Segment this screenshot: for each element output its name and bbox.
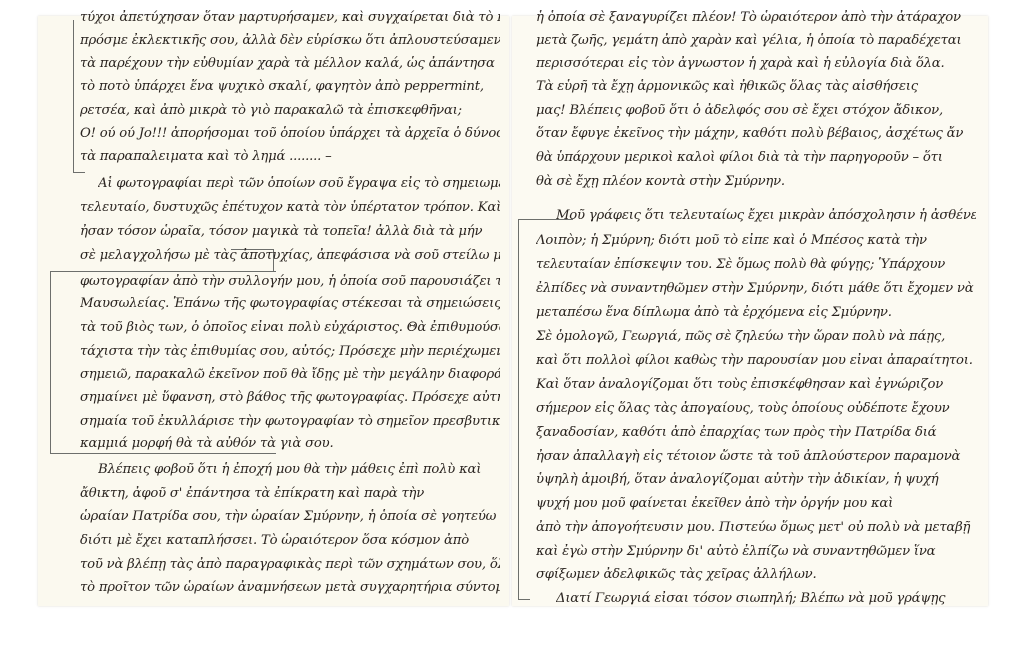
handwritten-line: φωτογραφίαν ἀπὸ τὴν συλλογήν μου, ἡ ὁποί… bbox=[80, 274, 500, 289]
handwritten-line: σημειῶ, παρακαλῶ ἐκεῖνον ποῦ θὰ ἴδῃς μὲ … bbox=[80, 367, 500, 382]
handwritten-line: τὸ προῖτον τῶν ὡραίων ἀναμνήσεων μετὰ συ… bbox=[80, 580, 500, 595]
handwritten-line: σὲ μελαγχολήσω μὲ τὰς ἀποτυχίας, ἀπεφάσι… bbox=[80, 248, 500, 263]
handwritten-line: μεταπέσω ἕνα δίπλωμα ἀπὸ τὰ ἐρχόμενα εἰς… bbox=[536, 305, 976, 320]
handwritten-line: τὰ τοῦ βιὸς των, ὁ ὁποῖος εἶναι πολὺ εὐχ… bbox=[80, 320, 500, 335]
left-page: τύχοι ἀπετύχησαν ὅταν μαρτυρήσαμεν, καὶ … bbox=[38, 16, 509, 606]
handwritten-line: ἦσαν ἀπαλλαγὴ εἰς τέτοιον ὥστε τὰ τοῦ ἀπ… bbox=[536, 449, 976, 464]
handwritten-line: τὰ παραπαλειματα καὶ τὸ λημά ........ – bbox=[80, 149, 500, 164]
handwritten-line: σημαίνει μὲ ὕφανση, στὸ βάθος τῆς φωτογρ… bbox=[80, 390, 500, 405]
handwritten-line: ρετσέα, καὶ ἀπὸ μικρὰ τὸ γιὸ παρακαλῶ τὰ… bbox=[80, 103, 500, 118]
handwritten-line: μας! Βλέπεις φοβοῦ ὅτι ὁ ἀδελφός σου σὲ … bbox=[536, 103, 976, 118]
handwritten-line: Λοιπὸν; ἡ Σμύρνη; διότι μοῦ τὸ εἶπε καὶ … bbox=[536, 233, 976, 248]
handwritten-line: θὰ ὑπάρχουν μερικοὶ καλοὶ φίλοι διὰ τὰ τ… bbox=[536, 150, 976, 165]
handwritten-line: θὰ σὲ ἔχῃ πλέον κοντὰ στὴν Σμύρνην. bbox=[536, 174, 976, 189]
handwritten-line: Ο! ού ού Jo!!! ἀπορήσομαι τοῦ ὁποίου ὑπά… bbox=[80, 126, 500, 141]
handwritten-line: ἐλπίδες νὰ συναντηθῶμεν στὴν Σμύρνην, δι… bbox=[536, 281, 976, 296]
handwritten-line: τὰ παρέχουν τὴν εὐθυμίαν χαρὰ τὰ μέλλον … bbox=[80, 56, 500, 71]
handwritten-line: σφίξωμεν ἀδελφικῶς τὰς χεῖρας ἀλλήλων. bbox=[536, 567, 976, 582]
handwritten-line: ὡραίαν Πατρίδα σου, τὴν ὡραίαν Σμύρνην, … bbox=[80, 509, 500, 524]
handwritten-line: τελευταίο, δυστυχῶς ἐπέτυχον κατὰ τὸν ὑπ… bbox=[80, 200, 500, 215]
handwritten-line: ἀπὸ τὴν ἀπογοήτευσιν μου. Πιστεύω ὅμως μ… bbox=[536, 520, 976, 535]
handwritten-line: σήμερον εἰς ὅλας τὰς ἀπογαίους, τοὺς ὁπο… bbox=[536, 401, 976, 416]
handwritten-line: Καὶ ὅταν ἀναλογίζομαι ὅτι τοὺς ἐπισκέφθη… bbox=[536, 377, 976, 392]
handwritten-line: ψυχή μου μοῦ φαίνεται ἐκεῖθεν ἀπὸ τὴν ὀρ… bbox=[536, 496, 976, 511]
handwritten-line: Αἱ φωτογραφίαι περὶ τῶν ὁποίων σοῦ ἔγραψ… bbox=[98, 176, 500, 191]
handwritten-line: ὑψηλὴ ἀμοιβή, ὅταν ἀναλογίζομαι αὐτὴν τὴ… bbox=[536, 472, 976, 487]
handwritten-line: καὶ ἐγὼ στὴν Σμύρνην δι' αὐτὸ ἐλπίζω νὰ … bbox=[536, 544, 976, 559]
handwritten-line: καὶ ὅτι πολλοὶ φίλοι καθὼς τὴν παρουσίαν… bbox=[536, 353, 976, 368]
handwritten-line: τύχοι ἀπετύχησαν ὅταν μαρτυρήσαμεν, καὶ … bbox=[80, 10, 500, 25]
handwritten-line: τάχιστα τὴν τὰς ἐπιθυμίας σου, αὐτός; Πρ… bbox=[80, 344, 500, 359]
left-page-text: τύχοι ἀπετύχησαν ὅταν μαρτυρήσαμεν, καὶ … bbox=[38, 16, 509, 606]
handwritten-line: ἡ ὁποία σὲ ξαναγυρίζει πλέον! Τὸ ὡραιότε… bbox=[536, 10, 976, 25]
handwritten-line: περισσότεραι εἰς τὸν ἀγνωστον ἡ χαρὰ καὶ… bbox=[536, 56, 976, 71]
handwritten-line: ἄθικτη, ἀφοῦ σ' ἐπάντησα τὰ ἐπίκρατη καὶ… bbox=[80, 486, 500, 501]
handwritten-line: ἦσαν τόσον ὡραῖα, τόσον μαγικὰ τὰ τοπεῖα… bbox=[80, 224, 500, 239]
handwritten-line: Μοῦ γράφεις ὅτι τελευταίως ἔχει μικρὰν ἀ… bbox=[556, 208, 976, 223]
handwritten-line: Βλέπεις φοβοῦ ὅτι ἡ ἐποχή μου θὰ τὴν μάθ… bbox=[98, 462, 500, 477]
handwritten-line: πρόσμε ἐκλεκτικῆς σου, ἀλλὰ δὲν εὑρίσκω … bbox=[80, 33, 500, 48]
handwritten-line: σημαία τοῦ ἐκυλλάρισε τὴν φωτογραφίαν τὸ… bbox=[80, 414, 500, 429]
handwritten-line: τοῦ νὰ βλέπῃ τὰς ἀπὸ παραγραφικὰς περὶ τ… bbox=[80, 557, 500, 572]
handwritten-line: Διατί Γεωργιά εἶσαι τόσον σιωπηλή; Βλέπω… bbox=[556, 591, 976, 606]
handwritten-line: ὅταν ἔφυγε ἐκεῖνος τὴν μάχην, καθότι πολ… bbox=[536, 126, 976, 141]
handwritten-line: τελευταίαν ἐπίσκεψιν του. Σὲ ὅμως πολὺ θ… bbox=[536, 257, 976, 272]
handwritten-line: ξαναδοσίαν, καθότι ἀπὸ ἐπαρχίας των πρὸς… bbox=[536, 425, 976, 440]
handwritten-line: διότι μὲ ἔχει καταπλήσσει. Τὸ ὡραιότερον… bbox=[80, 533, 500, 548]
handwritten-line: Μαυσωλείας. Ἐπάνω τῆς φωτογραφίας στέκεσ… bbox=[80, 296, 500, 311]
right-page-text: ἡ ὁποία σὲ ξαναγυρίζει πλέον! Τὸ ὡραιότε… bbox=[512, 16, 988, 606]
right-page: ἡ ὁποία σὲ ξαναγυρίζει πλέον! Τὸ ὡραιότε… bbox=[512, 16, 988, 606]
handwritten-line: μετὰ ζωῆς, γεμάτη ἀπὸ χαρὰν καὶ γέλια, ἡ… bbox=[536, 33, 976, 48]
handwritten-line: Σὲ ὁμολογῶ, Γεωργιά, πῶς σὲ ζηλεύω τὴν ὥ… bbox=[536, 329, 976, 344]
handwritten-line: τὸ ποτὸ ὑπάρχει ἕνα ψυχικὸ σκαλί, φαγητὸ… bbox=[80, 79, 500, 94]
handwritten-line: καμμιά μορφή θὰ τὰ αὐθόν τὰ γιὰ σου. bbox=[80, 436, 500, 451]
handwritten-line: Τὰ εὑρῆ τὰ ἔχῃ ἁρμονικῶς καὶ ἠθικῶς ὅλας… bbox=[536, 79, 976, 94]
